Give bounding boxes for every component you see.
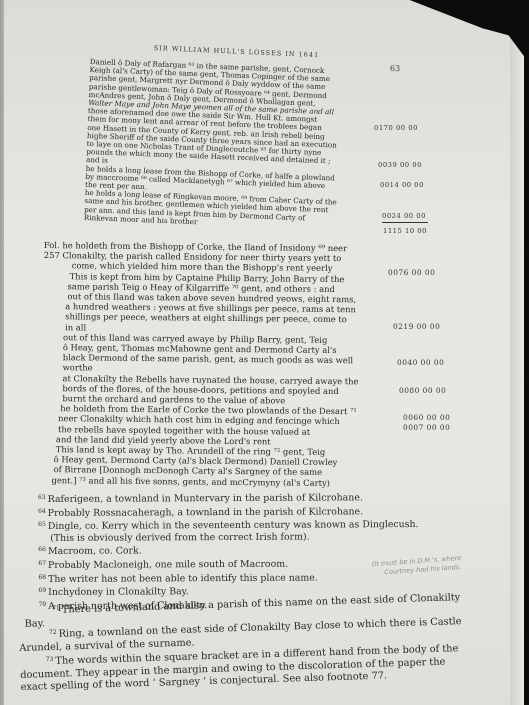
amount: 0014 00 00 xyxy=(380,181,424,189)
amount: 0007 00 00 xyxy=(403,423,450,432)
running-head: Sir William Hull's Losses in 1641 xyxy=(154,44,394,62)
page-number: 63 xyxy=(390,64,400,73)
footnotes-bottom: 71There is a townland and also a parish … xyxy=(18,590,463,694)
fol-label: Fol. xyxy=(44,240,60,250)
amount: 0076 00 00 xyxy=(388,268,435,277)
book-page: Sir William Hull's Losses in 1641 63 Dan… xyxy=(4,0,524,705)
fol-number: 257 xyxy=(44,250,60,260)
amount: 0080 00 00 xyxy=(399,386,446,395)
footnote: 63Raferigeen, a townland in Muntervary i… xyxy=(38,490,418,506)
amount: 0219 00 00 xyxy=(393,322,440,331)
page-edge xyxy=(510,30,524,705)
entry-block-1: Daniell ô Daly of Rafargan ⁶³ in the sam… xyxy=(84,58,342,232)
entry-block-2: Fol. he holdeth from the Bishopp of Cork… xyxy=(41,240,360,488)
amount: 0040 00 00 xyxy=(397,358,444,367)
amount: 0170 00 00 xyxy=(374,124,418,132)
amount: 0024 00 00 xyxy=(382,212,426,220)
amount: 0039 00 00 xyxy=(378,161,422,169)
total-amount: 1115 10 00 xyxy=(383,227,427,235)
amount: 0060 00 00 xyxy=(403,413,450,422)
sum-rule xyxy=(382,222,428,223)
footnote: 65Dingle, co. Kerry which in the sevente… xyxy=(38,517,418,533)
